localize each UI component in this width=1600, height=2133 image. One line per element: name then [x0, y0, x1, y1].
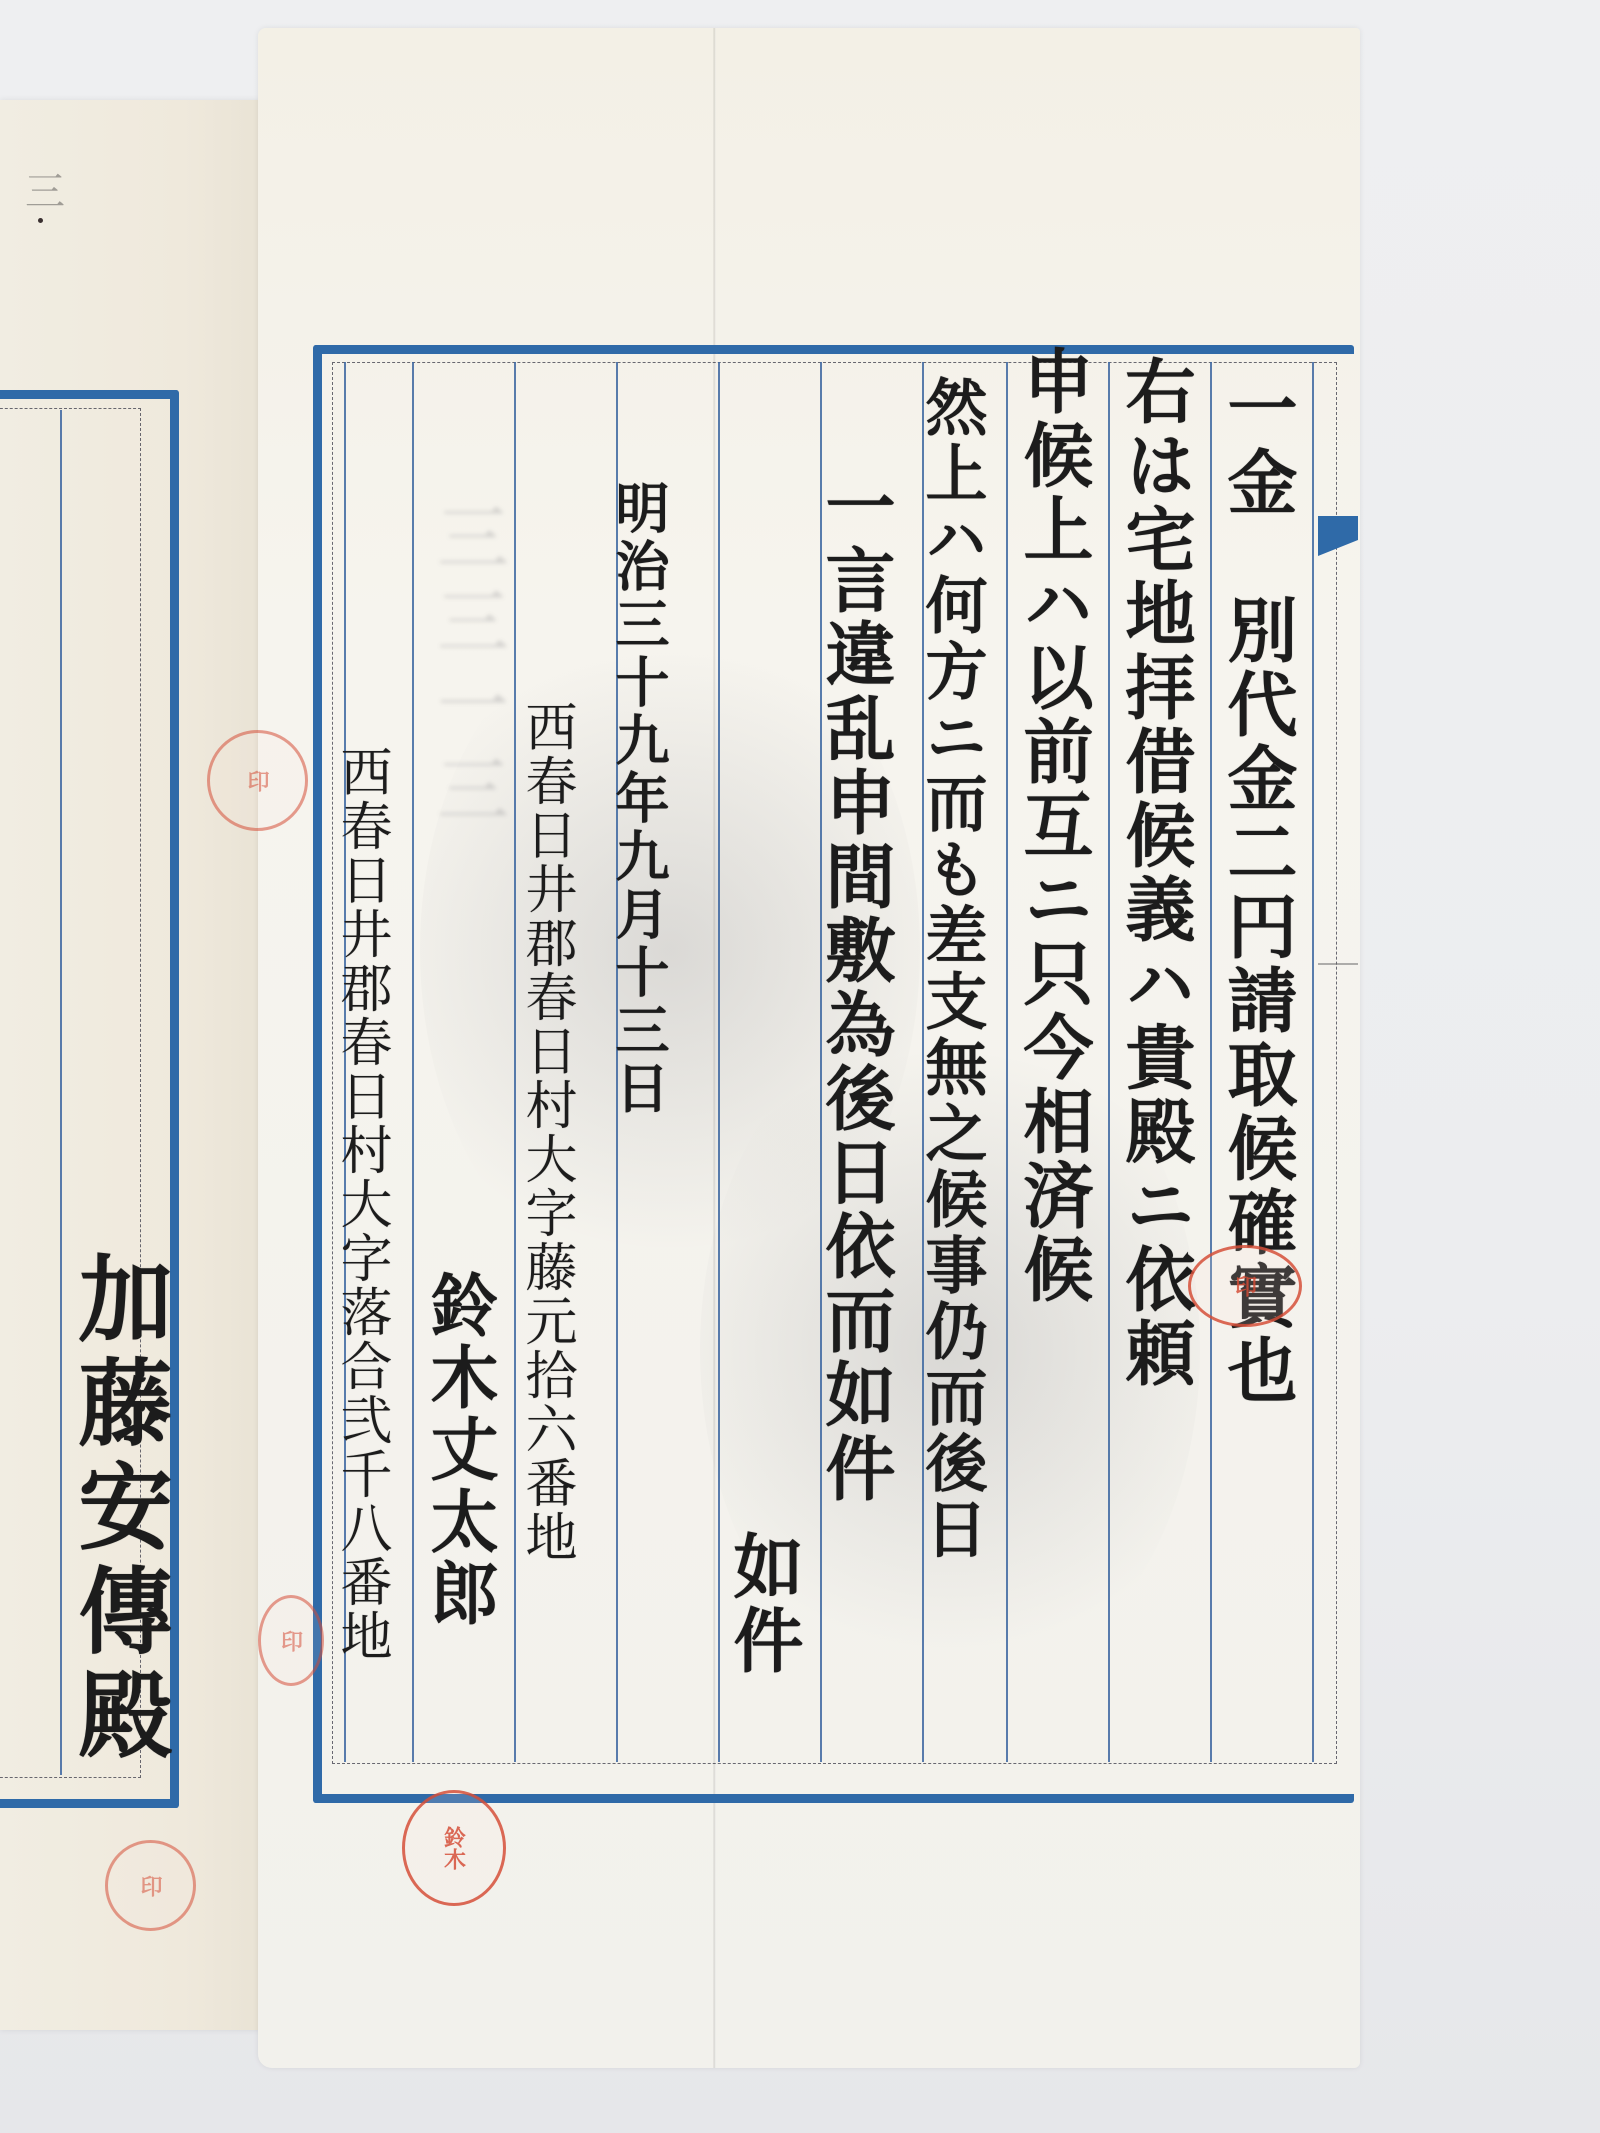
column-rule — [1210, 362, 1212, 1762]
signatory-1-name: 鈴木丈太郎 — [425, 1270, 493, 1750]
signatory-1-address: 西春日井郡春日村大字藤元拾六番地 — [520, 700, 572, 1800]
column-rule — [1108, 362, 1110, 1762]
addressee: 加藤安傳殿 — [70, 1250, 164, 1810]
body-seal: 印 — [1188, 1245, 1302, 1327]
column-rule — [412, 362, 414, 1762]
column-rule — [1006, 362, 1008, 1762]
closing-mark: 如件 — [728, 1530, 798, 1780]
signatory-2-address: 西春日井郡春日村大字落合弐千八番地 — [335, 745, 387, 1795]
body-column-3: 申候上ハ以前互ニ只今相済候 — [1018, 345, 1088, 1775]
top-mark: 三 — [25, 160, 65, 217]
ink-speck — [38, 218, 43, 223]
column-rule — [1312, 362, 1314, 1762]
body-column-1: 一金 別代金二円請取候確實也 — [1222, 372, 1292, 1802]
date-line: 明治三十九年九月十三日 — [612, 480, 666, 1240]
body-column-4: 然上ハ何方ニ而も差支無之候事仍而後日 — [920, 375, 982, 1775]
margin-seal-upper: 印 — [207, 730, 308, 831]
addressee-seal: 印 — [105, 1840, 196, 1931]
body-column-5: 一言違乱申間敷為後日依而如件 — [820, 470, 890, 1770]
body-column-2: 右は宅地拝借候義ハ貴殿ニ依頼 — [1120, 355, 1190, 1785]
frame-tick — [1318, 963, 1358, 965]
column-rule — [718, 362, 720, 1762]
margin-seal-lower: 印 — [258, 1595, 324, 1686]
signatory-1-seal: 鈴木 — [402, 1790, 506, 1906]
